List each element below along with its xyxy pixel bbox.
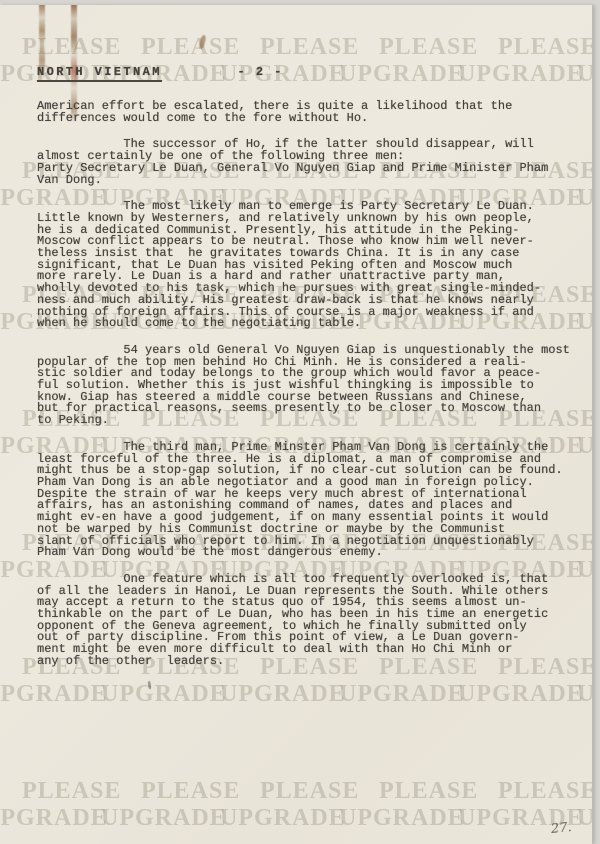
watermark-text-row: UPGRADEUPGRADEUPGRADEUPGRADEUPGRADEUPGRA… (0, 805, 593, 832)
section-title: NORTH VIETNAM (37, 65, 162, 82)
paragraph: The third man, Prime Minster Pham Van Do… (37, 442, 582, 559)
page-number: - 2 - (237, 65, 283, 79)
paragraph: One feature which is all too frequently … (37, 574, 582, 668)
watermark-text-row: PLEASEPLEASEPLEASEPLEASEPLEASEPLEASE (22, 778, 593, 805)
paragraph: 54 years old General Vo Nguyen Giap is u… (37, 345, 582, 427)
handwritten-annotation: 27. (551, 820, 573, 837)
paragraph: The most likely man to emerge is Party S… (37, 201, 582, 330)
paragraph: American effort be escalated, there is q… (37, 101, 582, 124)
paragraph: The successor of Ho, if the latter shoul… (37, 139, 582, 186)
watermark-text-row: PLEASEPLEASEPLEASEPLEASEPLEASEPLEASE (22, 34, 593, 61)
document-header: NORTH VIETNAM - 2 - (37, 62, 582, 78)
watermark-text-row: UPGRADEUPGRADEUPGRADEUPGRADEUPGRADEUPGRA… (0, 681, 593, 708)
scanned-document-page: PLEASEPLEASEPLEASEPLEASEPLEASEPLEASEUPGR… (0, 0, 600, 844)
document-body: NORTH VIETNAM - 2 - American effort be e… (37, 62, 582, 683)
paper-sheet: PLEASEPLEASEPLEASEPLEASEPLEASEPLEASEUPGR… (0, 5, 593, 844)
stain-mark (198, 35, 206, 50)
